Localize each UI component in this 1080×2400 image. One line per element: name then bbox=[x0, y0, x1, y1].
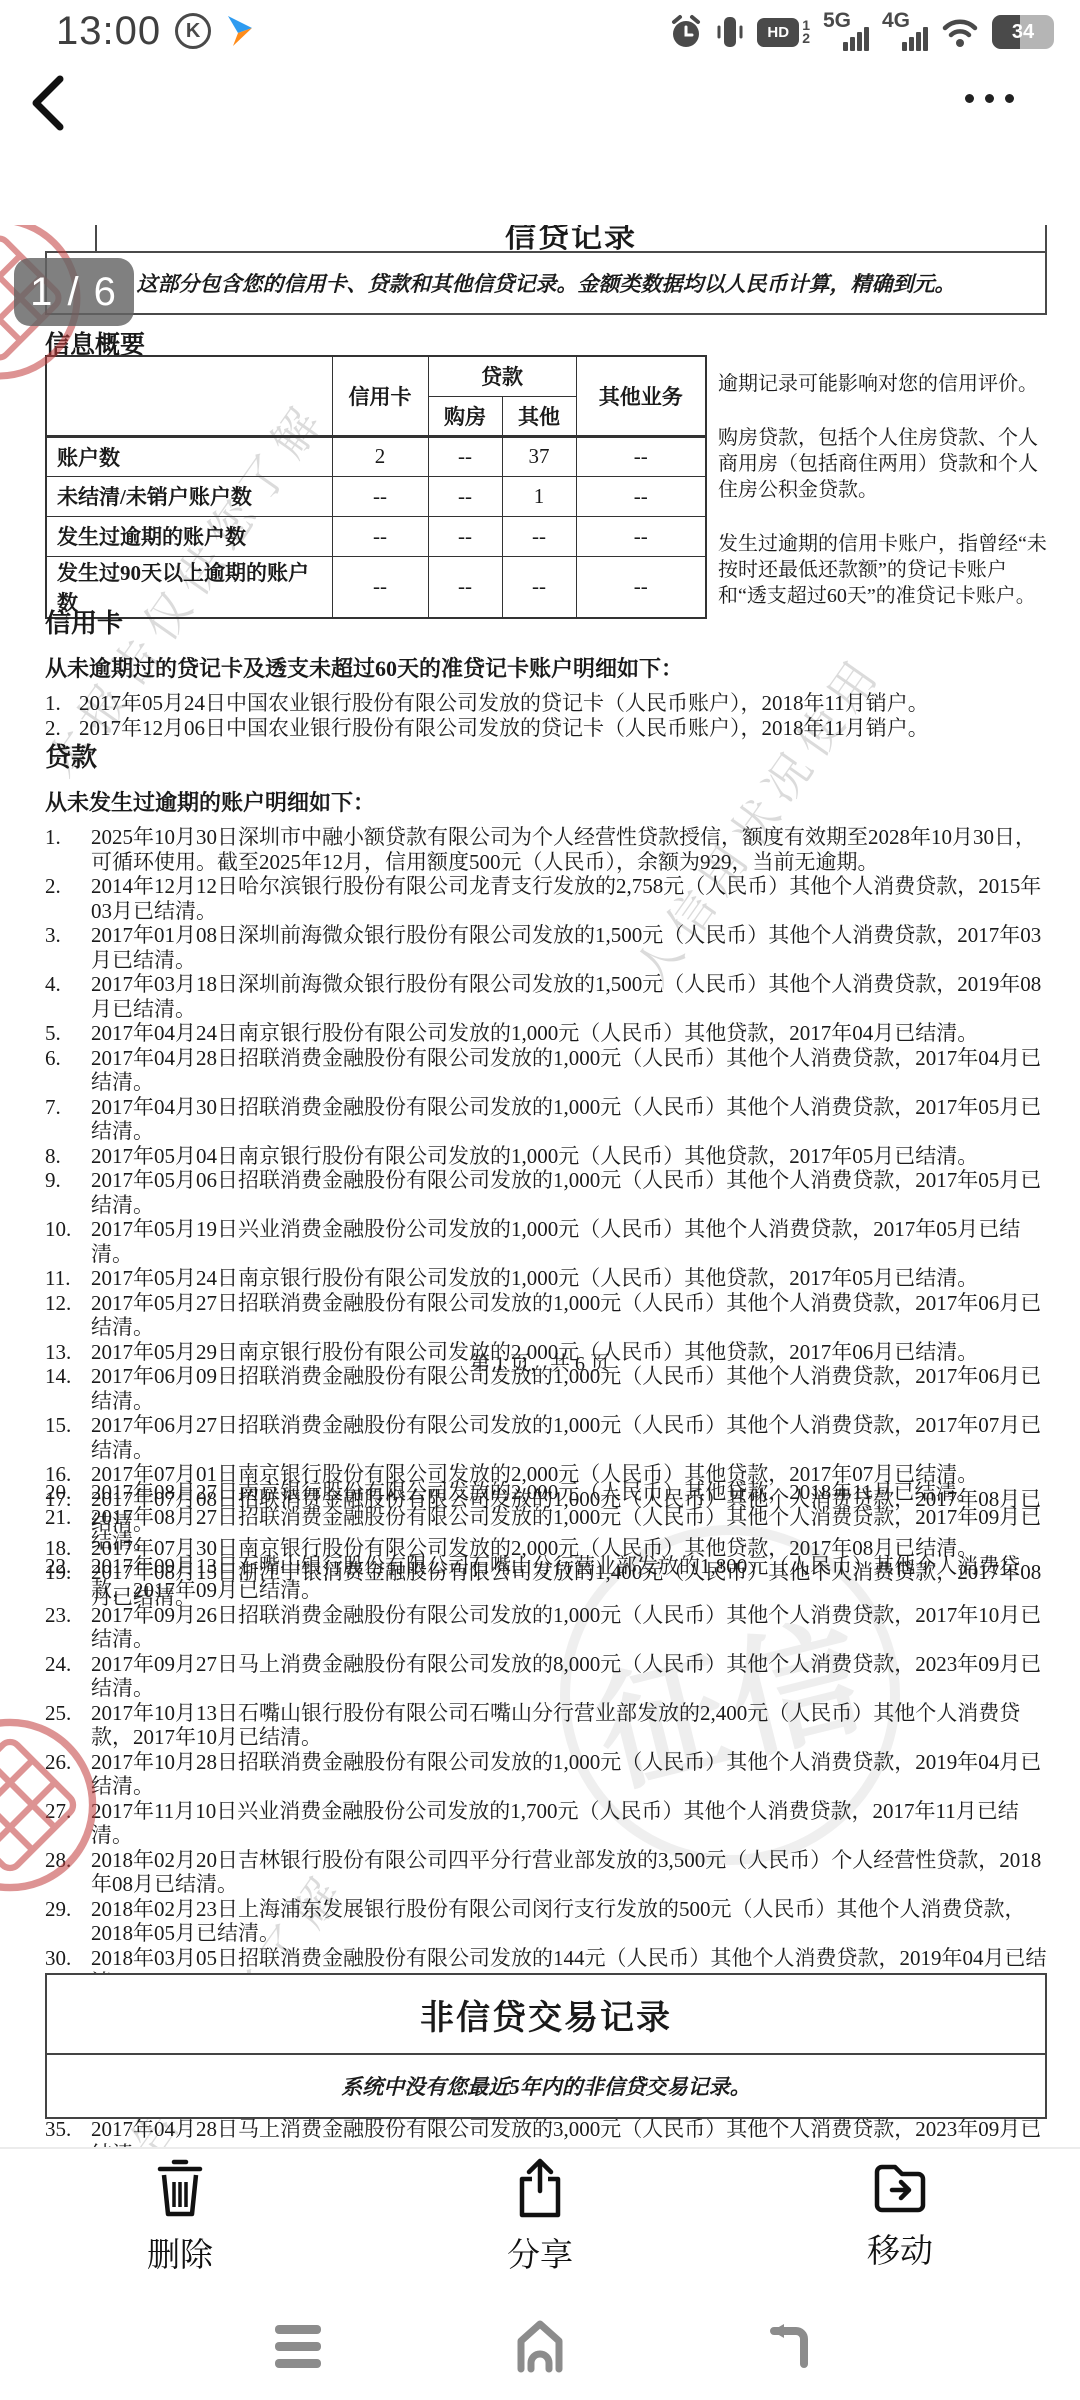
list-item: 22. 2017年09月13日石嘴山银行股份有限公司石嘴山分行营业部发放的1,8… bbox=[45, 1554, 1047, 1603]
summary-rows: 账户数 2 -- 37 -- 未结清/未销户账户数 -- -- 1 -- bbox=[46, 436, 706, 618]
credit-card-section: 信用卡 从未逾期过的贷记卡及透支未超过60天的准贷记卡账户明细如下： 1. 20… bbox=[45, 603, 1047, 740]
more-options-button[interactable] bbox=[965, 94, 1014, 103]
summary-table: 信用卡 贷款 其他业务 购房 其他 账户数 2 -- 37 -- bbox=[45, 355, 707, 619]
alarm-icon bbox=[669, 14, 703, 50]
signal-5g-icon: 5G bbox=[823, 11, 869, 53]
intro-box: 这部分包含您的信用卡、贷款和其他信贷记录。金额类数据均以人民币计算，精确到元。 bbox=[45, 251, 1047, 315]
vibrate-icon bbox=[716, 14, 744, 50]
send-arrow-icon bbox=[225, 14, 255, 48]
delete-label: 删除 bbox=[147, 2229, 213, 2276]
list-item: 35. 2017年04月28日马上消费金融股份有限公司发放的3,000元（人民币… bbox=[45, 2117, 1047, 2147]
red-seal-stamp bbox=[0, 1715, 100, 1895]
bottom-toolbar: 删除 分享 移动 bbox=[0, 2147, 1080, 2292]
note-overdue-card: 发生过逾期的信用卡账户，指曾经“未按时还最低还款额”的贷记卡账户和“透支超过60… bbox=[718, 531, 1052, 609]
page-number-footer: 第 1 页，共 6 页 bbox=[0, 1347, 1080, 1376]
wifi-icon bbox=[941, 16, 979, 48]
signal-4g-icon: 4G bbox=[882, 11, 928, 53]
share-icon bbox=[513, 2157, 567, 2219]
home-icon bbox=[512, 2319, 568, 2373]
move-button[interactable]: 移动 bbox=[810, 2157, 990, 2272]
col-credit-card: 信用卡 bbox=[332, 356, 428, 436]
note-house-loan: 购房贷款，包括个人住房贷款、个人商用房（包括商住两用）贷款和个人住房公积金贷款。 bbox=[718, 425, 1052, 503]
ellipsis-icon bbox=[985, 94, 994, 103]
col-loan: 贷款 bbox=[428, 356, 576, 396]
table-row: 未结清/未销户账户数 -- -- 1 -- bbox=[46, 476, 706, 516]
document-page: 本报告仅供您了解 人信用状况使用 本报告仅供您了解 征信 信贷记录 这部分包含 bbox=[0, 225, 1080, 2147]
list-item: 28. 2018年02月20日吉林银行股份有限公司四平分行营业部发放的3,500… bbox=[45, 1848, 1047, 1897]
screen: 13:00 K HD 12 5G bbox=[0, 0, 1080, 2400]
back-icon bbox=[760, 2322, 812, 2370]
clock-time: 13:00 bbox=[56, 9, 161, 54]
list-item: 11. 2017年05月24日南京银行股份有限公司发放的1,000元（人民币）其… bbox=[45, 1266, 1047, 1291]
list-item: 7. 2017年04月30日招联消费金融股份有限公司发放的1,000元（人民币）… bbox=[45, 1095, 1047, 1144]
list-item: 27. 2017年11月10日兴业消费金融股份公司发放的1,700元（人民币）其… bbox=[45, 1799, 1047, 1848]
list-item: 2. 2014年12月12日哈尔滨银行股份有限公司龙青支行发放的2,758元（人… bbox=[45, 874, 1047, 923]
list-item: 25. 2017年10月13日石嘴山银行股份有限公司石嘴山分行营业部发放的2,4… bbox=[45, 1701, 1047, 1750]
k-circle-icon: K bbox=[175, 13, 211, 49]
recents-button[interactable] bbox=[268, 2316, 328, 2376]
list-item: 5. 2017年04月24日南京银行股份有限公司发放的1,000元（人民币）其他… bbox=[45, 1021, 1047, 1046]
table-row: 发生过逾期的账户数 -- -- -- -- bbox=[46, 516, 706, 556]
credit-card-heading: 信用卡 bbox=[45, 603, 1047, 640]
battery-icon: 34 bbox=[992, 15, 1054, 49]
hd-volte-icon: HD 12 bbox=[757, 18, 810, 47]
trash-icon bbox=[153, 2157, 207, 2219]
list-item: 8. 2017年05月04日南京银行股份有限公司发放的1,000元（人民币）其他… bbox=[45, 1144, 1047, 1169]
col-loan-house: 购房 bbox=[428, 396, 502, 436]
list-item: 1. 2017年05月24日中国农业银行股份有限公司发放的贷记卡（人民币账户），… bbox=[45, 691, 1047, 716]
credit-card-items: 1. 2017年05月24日中国农业银行股份有限公司发放的贷记卡（人民币账户），… bbox=[45, 691, 1047, 740]
non-credit-heading: 非信贷交易记录 bbox=[420, 1990, 672, 2039]
summary-notes: 逾期记录可能影响对您的信用评价。 购房贷款，包括个人住房贷款、个人商用房（包括商… bbox=[718, 371, 1052, 637]
col-loan-other: 其他 bbox=[502, 396, 576, 436]
share-label: 分享 bbox=[507, 2229, 573, 2276]
list-item: 29. 2018年02月23日上海浦东发展银行股份有限公司闵行支行发放的500元… bbox=[45, 1897, 1047, 1946]
list-item: 24. 2017年09月27日马上消费金融股份有限公司发放的8,000元（人民币… bbox=[45, 1652, 1047, 1701]
non-credit-heading-box: 非信贷交易记录 bbox=[45, 1973, 1047, 2055]
ellipsis-icon bbox=[1005, 94, 1014, 103]
note-overdue: 逾期记录可能影响对您的信用评价。 bbox=[718, 371, 1052, 397]
ellipsis-icon bbox=[965, 94, 974, 103]
move-label: 移动 bbox=[867, 2225, 933, 2272]
col-other-business: 其他业务 bbox=[576, 356, 706, 436]
list-item: 10. 2017年05月19日兴业消费金融股份公司发放的1,000元（人民币）其… bbox=[45, 1217, 1047, 1266]
loan-subheading: 从未发生过逾期的账户明细如下： bbox=[45, 786, 1047, 817]
list-item: 23. 2017年09月26日招联消费金融股份有限公司发放的1,000元（人民币… bbox=[45, 1603, 1047, 1652]
share-button[interactable]: 分享 bbox=[450, 2157, 630, 2276]
list-item: 15. 2017年06月27日招联消费金融股份有限公司发放的1,000元（人民币… bbox=[45, 1413, 1047, 1462]
system-navbar bbox=[0, 2292, 1080, 2400]
chevron-left-icon bbox=[26, 74, 72, 132]
list-item: 26. 2017年10月28日招联消费金融股份有限公司发放的1,000元（人民币… bbox=[45, 1750, 1047, 1799]
non-credit-note: 系统中没有您最近5年内的非信贷交易记录。 bbox=[341, 2071, 751, 2101]
intro-text: 这部分包含您的信用卡、贷款和其他信贷记录。金额类数据均以人民币计算，精确到元。 bbox=[137, 268, 956, 298]
list-item: 12. 2017年05月27日招联消费金融股份有限公司发放的1,000元（人民币… bbox=[45, 1291, 1047, 1340]
list-item: 21. 2017年08月27日招联消费金融股份有限公司发放的1,000元（人民币… bbox=[45, 1505, 1047, 1554]
credit-card-subheading: 从未逾期过的贷记卡及透支未超过60天的准贷记卡账户明细如下： bbox=[45, 652, 1047, 683]
battery-percent: 34 bbox=[992, 15, 1054, 49]
table-row: 账户数 2 -- 37 -- bbox=[46, 436, 706, 476]
list-item: 1. 2025年10月30日深圳市中融小额贷款有限公司为个人经营性贷款授信，额度… bbox=[45, 825, 1047, 874]
back-nav-button[interactable] bbox=[756, 2316, 816, 2376]
list-item: 3. 2017年01月08日深圳前海微众银行股份有限公司发放的1,500元（人民… bbox=[45, 923, 1047, 972]
folder-move-icon bbox=[870, 2157, 930, 2215]
list-item: 9. 2017年05月06日招联消费金融股份有限公司发放的1,000元（人民币）… bbox=[45, 1168, 1047, 1217]
status-bar: 13:00 K HD 12 5G bbox=[0, 0, 1080, 62]
title-box: 信贷记录 bbox=[95, 225, 1047, 251]
list-item: 6. 2017年04月28日招联消费金融股份有限公司发放的1,000元（人民币）… bbox=[45, 1046, 1047, 1095]
non-credit-note-box: 系统中没有您最近5年内的非信贷交易记录。 bbox=[45, 2055, 1047, 2119]
recents-icon bbox=[275, 2325, 321, 2368]
loan-heading: 贷款 bbox=[45, 737, 1047, 774]
app-header bbox=[0, 62, 1080, 182]
list-item: 20. 2017年08月27日南京银行股份有限公司发放的2,000元（人民币）其… bbox=[45, 1480, 1047, 1505]
loan-section: 贷款 从未发生过逾期的账户明细如下： 1. 2025年10月30日深圳市中融小额… bbox=[45, 737, 1047, 1609]
back-button[interactable] bbox=[26, 74, 72, 132]
home-button[interactable] bbox=[510, 2316, 570, 2376]
page-indicator-badge: 1 / 6 bbox=[14, 258, 134, 326]
list-item: 4. 2017年03月18日深圳前海微众银行股份有限公司发放的1,500元（人民… bbox=[45, 972, 1047, 1021]
delete-button[interactable]: 删除 bbox=[90, 2157, 270, 2276]
